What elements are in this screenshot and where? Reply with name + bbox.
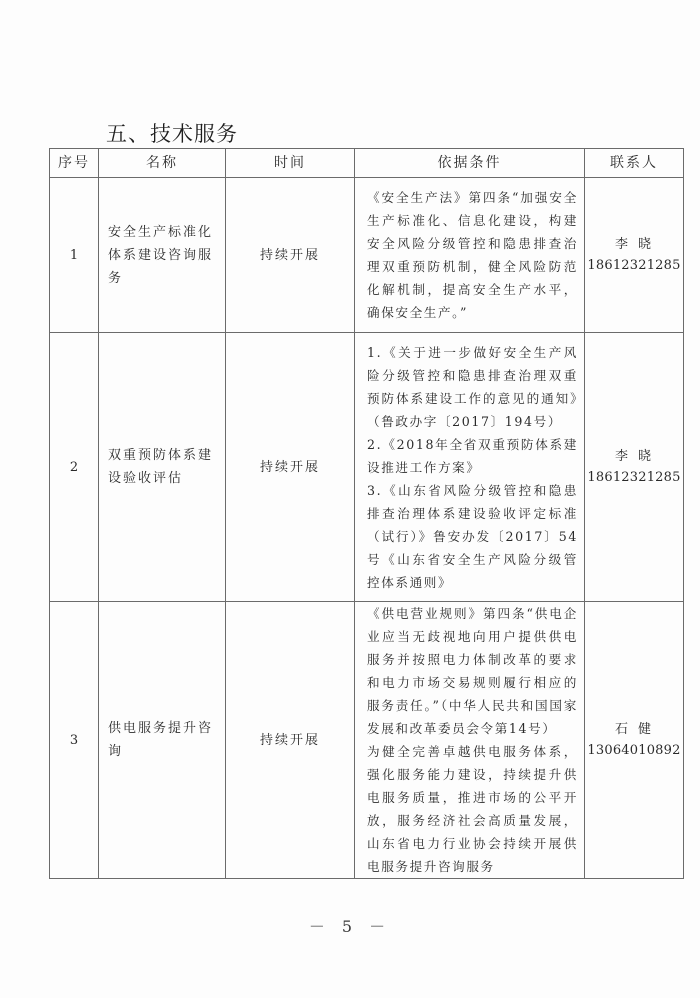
table-header-row: 序号 名称 时间 依据条件 联系人 — [50, 149, 684, 178]
contact-cell: 石健 13064010892 — [585, 602, 684, 879]
table-row: 2 双重预防体系建设验收评估 持续开展 1.《关于进一步做好安全生产风险分级管控… — [50, 333, 684, 602]
header-contact: 联系人 — [585, 149, 684, 178]
document-page: 五、技术服务 序号 名称 时间 依据条件 联系人 1 安全生产标准化体系建设咨询… — [0, 0, 700, 998]
service-basis: 1.《关于进一步做好安全生产风险分级管控和隐患排查治理双重预防体系建设工作的意见… — [355, 333, 585, 602]
row-number: 2 — [50, 333, 99, 602]
technical-services-table: 序号 名称 时间 依据条件 联系人 1 安全生产标准化体系建设咨询服务 持续开展… — [49, 148, 684, 879]
header-basis: 依据条件 — [355, 149, 585, 178]
contact-phone: 18612321285 — [585, 255, 683, 276]
row-number: 3 — [50, 602, 99, 879]
header-time: 时间 — [226, 149, 355, 178]
service-time: 持续开展 — [226, 333, 355, 602]
basis-text: 为健全完善卓越供电服务体系，强化服务能力建设，持续提升供电服务质量，推进市场的公… — [367, 740, 578, 878]
contact-cell: 李晓 18612321285 — [585, 333, 684, 602]
contact-name: 石健 — [585, 719, 683, 740]
service-time: 持续开展 — [226, 602, 355, 879]
page-number: － 5 － — [0, 914, 700, 937]
basis-text: 1.《关于进一步做好安全生产风险分级管控和隐患排查治理双重预防体系建设工作的意见… — [367, 341, 578, 433]
table-row: 3 供电服务提升咨询 持续开展 《供电营业规则》第四条“供电企业应当无歧视地向用… — [50, 602, 684, 879]
contact-phone: 13064010892 — [585, 740, 683, 761]
row-number: 1 — [50, 178, 99, 333]
service-name: 安全生产标准化体系建设咨询服务 — [99, 178, 226, 333]
service-time: 持续开展 — [226, 178, 355, 333]
header-name: 名称 — [99, 149, 226, 178]
contact-cell: 李晓 18612321285 — [585, 178, 684, 333]
basis-text: 《供电营业规则》第四条“供电企业应当无歧视地向用户提供供电服务并按照电力体制改革… — [367, 602, 578, 740]
service-basis: 《安全生产法》第四条“加强安全生产标准化、信息化建设，构建安全风险分级管控和隐患… — [355, 178, 585, 333]
basis-text: 2.《2018年全省双重预防体系建设推进工作方案》 — [367, 433, 578, 479]
basis-text: 《安全生产法》第四条“加强安全生产标准化、信息化建设，构建安全风险分级管控和隐患… — [367, 186, 578, 324]
service-name: 供电服务提升咨询 — [99, 602, 226, 879]
service-basis: 《供电营业规则》第四条“供电企业应当无歧视地向用户提供供电服务并按照电力体制改革… — [355, 602, 585, 879]
header-no: 序号 — [50, 149, 99, 178]
table-row: 1 安全生产标准化体系建设咨询服务 持续开展 《安全生产法》第四条“加强安全生产… — [50, 178, 684, 333]
contact-phone: 18612321285 — [585, 467, 683, 488]
contact-name: 李晓 — [585, 446, 683, 467]
section-title: 五、技术服务 — [106, 118, 238, 148]
basis-text: 3.《山东省风险分级管控和隐患排查治理体系建设验收评定标准（试行）》鲁安办发〔2… — [367, 479, 578, 594]
contact-name: 李晓 — [585, 234, 683, 255]
service-name: 双重预防体系建设验收评估 — [99, 333, 226, 602]
